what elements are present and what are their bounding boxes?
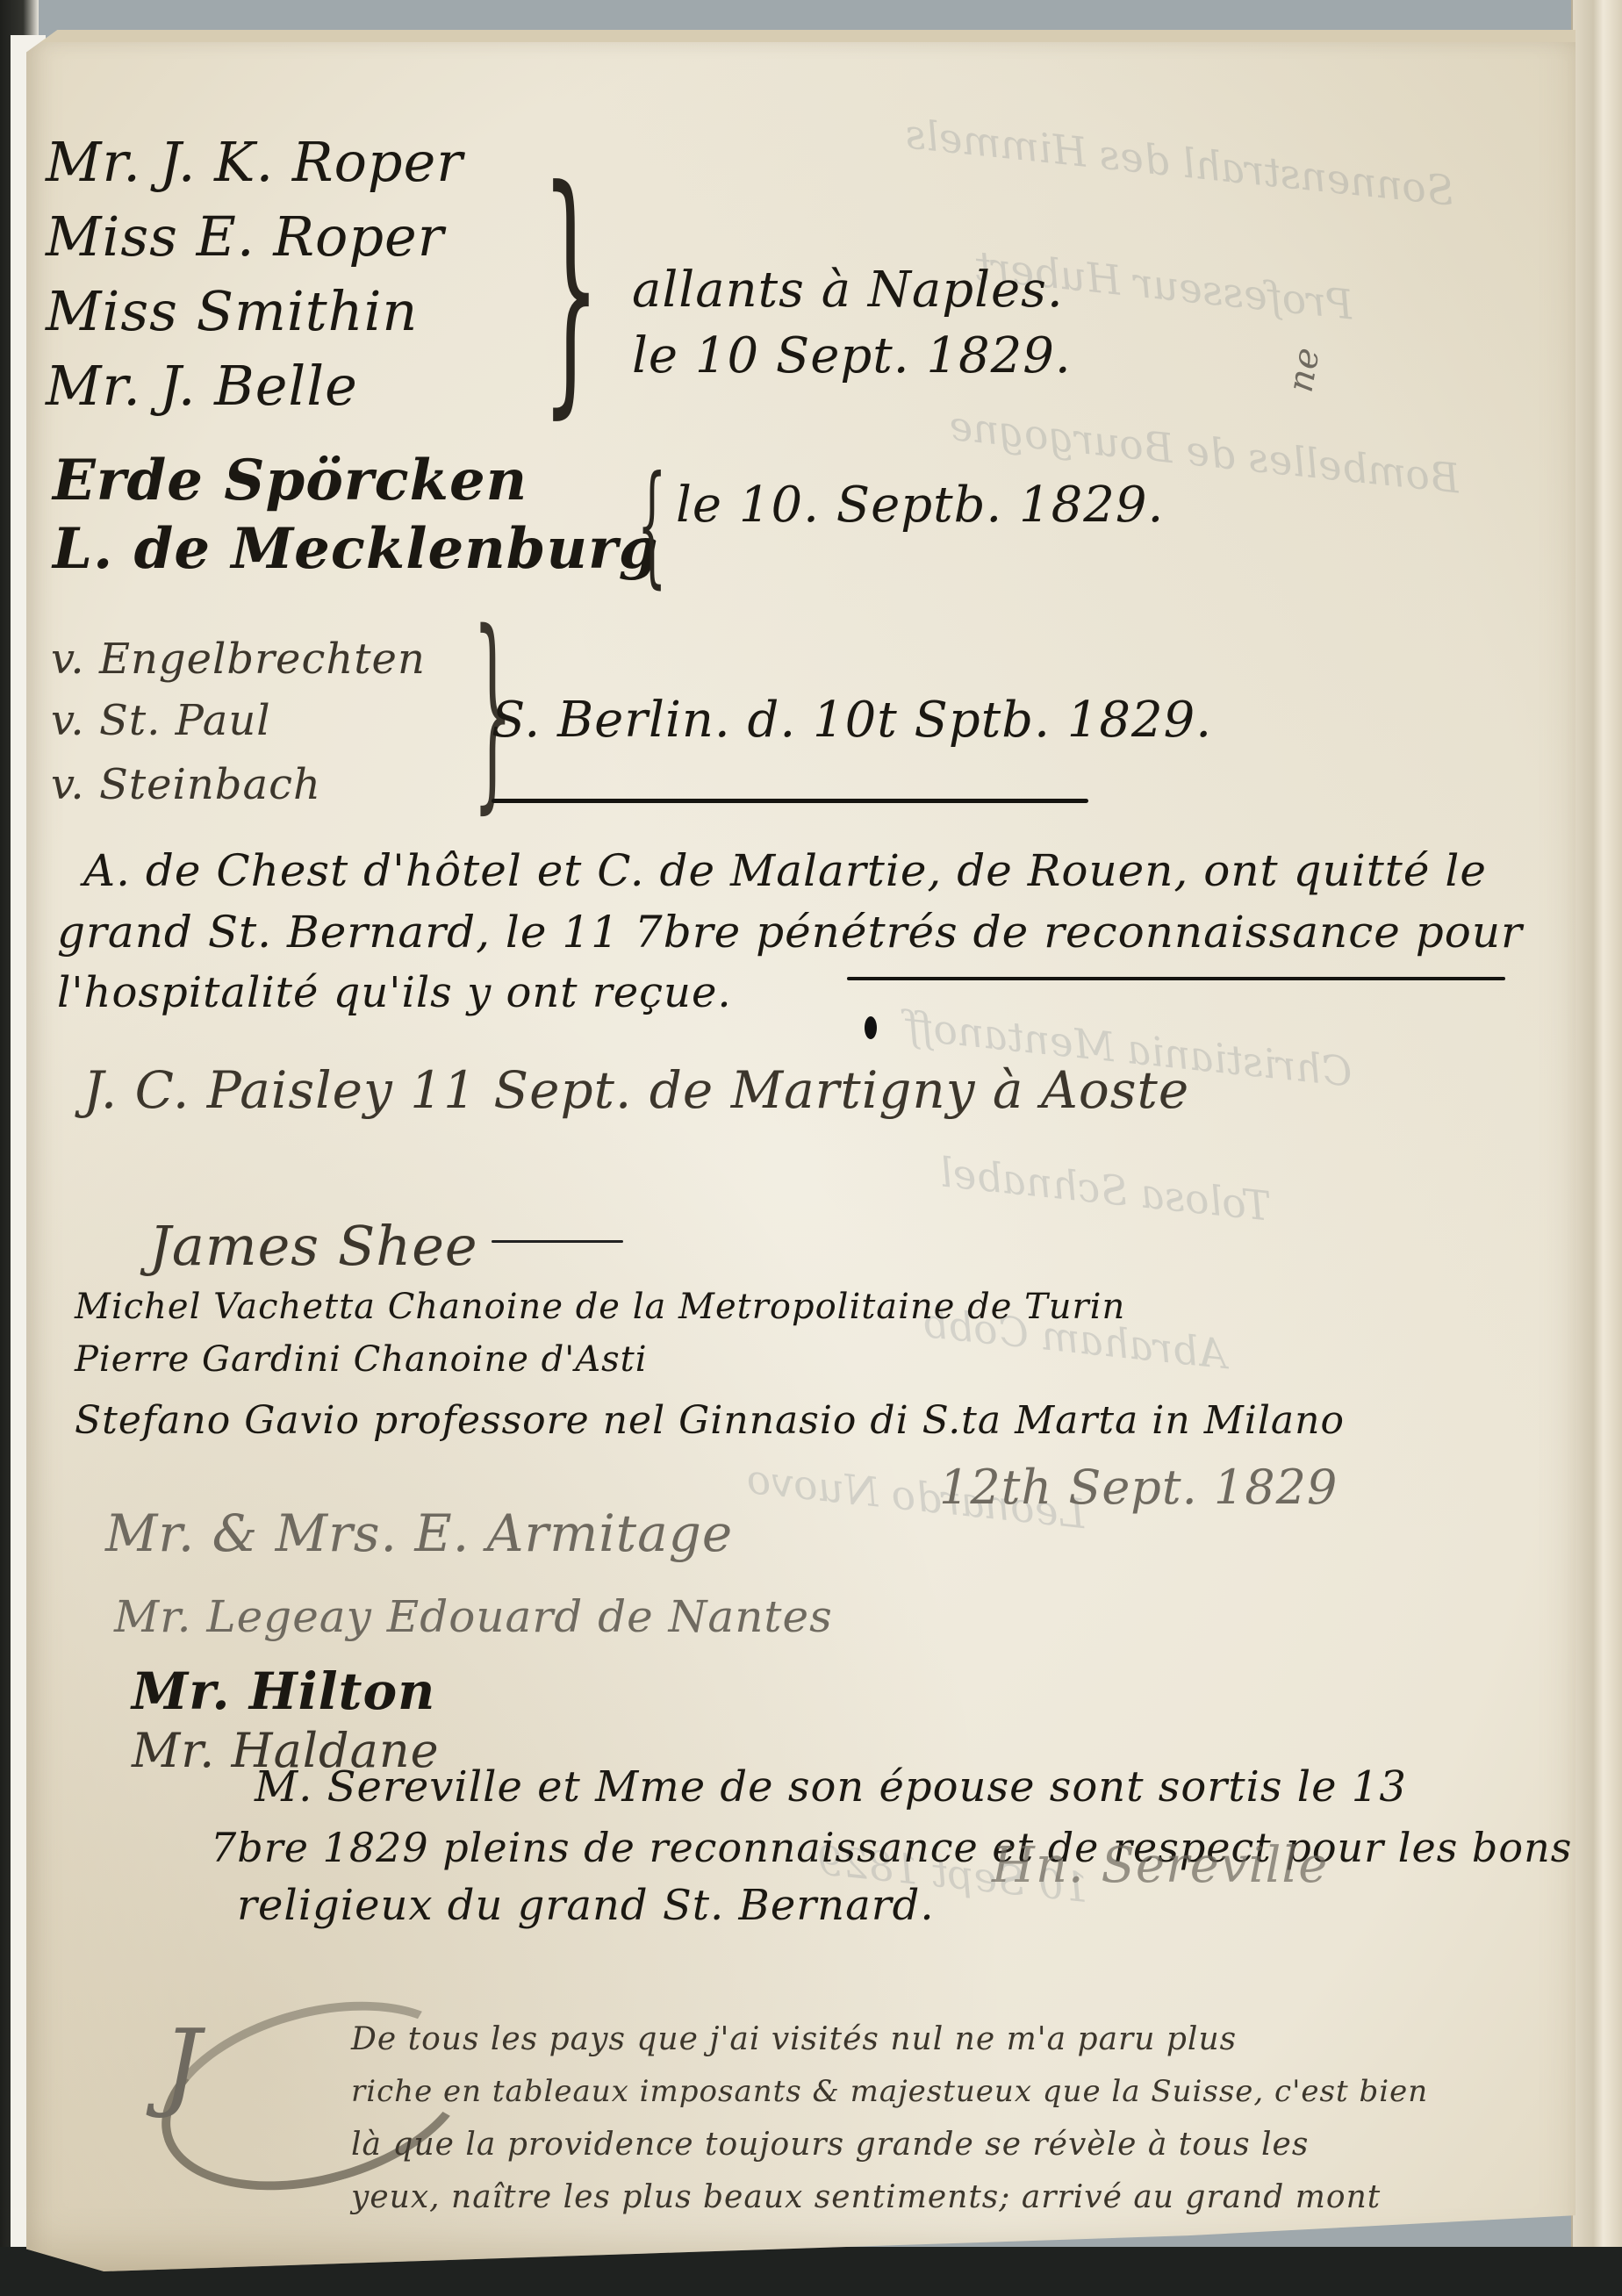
paragraph-line: riche en tableaux imposants & majestueux… — [351, 2074, 1428, 2109]
guest-name: Mr. Legeay Edouard de Nantes — [114, 1591, 833, 1642]
paragraph-line: yeux, naître les plus beaux sentiments; … — [351, 2179, 1381, 2215]
entry-text: 7bre 1829 pleins de reconnaissance et de… — [211, 1824, 1572, 1871]
entry-text: grand St. Bernard, le 11 7bre pénétrés d… — [57, 907, 1523, 958]
separator-rule — [847, 977, 1505, 980]
entry-text: Michel Vachetta Chanoine de la Metropoli… — [75, 1287, 1125, 1327]
entry-text: Pierre Gardini Chanoine d'Asti — [75, 1339, 647, 1380]
entry-date: le 10. Septb. 1829. — [676, 477, 1164, 534]
manuscript-page: Sonnenstrahl des Himmels Professeur Hube… — [26, 30, 1575, 2271]
ink-blot — [865, 1016, 877, 1039]
pencil-margin-mark: ne — [1281, 344, 1328, 396]
guest-name: Mr. & Mrs. E. Armitage — [105, 1503, 733, 1563]
guest-name: Miss E. Roper — [46, 204, 444, 269]
entry-text: Stefano Gavio professore nel Ginnasio di… — [75, 1398, 1345, 1443]
guest-name: v. Engelbrechten — [51, 635, 426, 684]
paragraph-line: De tous les pays que j'ai visités nul ne… — [351, 2021, 1237, 2057]
entry-date: le 10 Sept. 1829. — [632, 327, 1072, 384]
bleed-through-text: Tolosa Schnabel — [937, 1148, 1273, 1230]
entry-place-date: S. Berlin. d. 10t Sptb. 1829. — [492, 692, 1212, 749]
bleed-through-text: Sonnenstrahl des Himmels — [903, 110, 1456, 214]
entry-text: A. de Chest d'hôtel et C. de Malartie, d… — [83, 845, 1487, 896]
guest-name: Miss Smithin — [46, 279, 418, 343]
paragraph-line: là que la providence toujours grande se … — [351, 2127, 1309, 2163]
entry-text: religieux du grand St. Bernard. — [237, 1881, 935, 1930]
guest-name: Mr. J. Belle — [46, 354, 358, 418]
book-fore-edge — [1571, 0, 1622, 2296]
entry-text: M. Sereville et Mme de son épouse sont s… — [255, 1762, 1407, 1812]
guest-name: v. Steinbach — [51, 760, 321, 809]
entry-date: 12th Sept. 1829 — [939, 1460, 1338, 1515]
signature-flourish — [492, 1240, 623, 1243]
separator-rule — [492, 799, 1088, 803]
grouping-brace: { — [637, 459, 666, 591]
travel-note: allants à Naples. — [632, 262, 1064, 319]
guest-name: Mr. Hilton — [132, 1661, 435, 1721]
guest-signature: James Shee — [149, 1214, 478, 1278]
guest-name: v. St. Paul — [51, 696, 271, 745]
pencil-margin-mark: J — [162, 2008, 202, 2120]
guest-name: Mr. J. K. Roper — [46, 130, 463, 194]
guest-name: L. de Mecklenburg — [53, 516, 659, 582]
grouping-brace: } — [542, 156, 600, 420]
entry-text: l'hospitalité qu'ils y ont reçue. — [57, 968, 732, 1017]
guest-signature: Hn. Sereville — [992, 1837, 1328, 1894]
entry-text: J. C. Paisley 11 Sept. de Martigny à Aos… — [83, 1060, 1189, 1120]
guest-name: Erde Spörcken — [53, 448, 528, 513]
